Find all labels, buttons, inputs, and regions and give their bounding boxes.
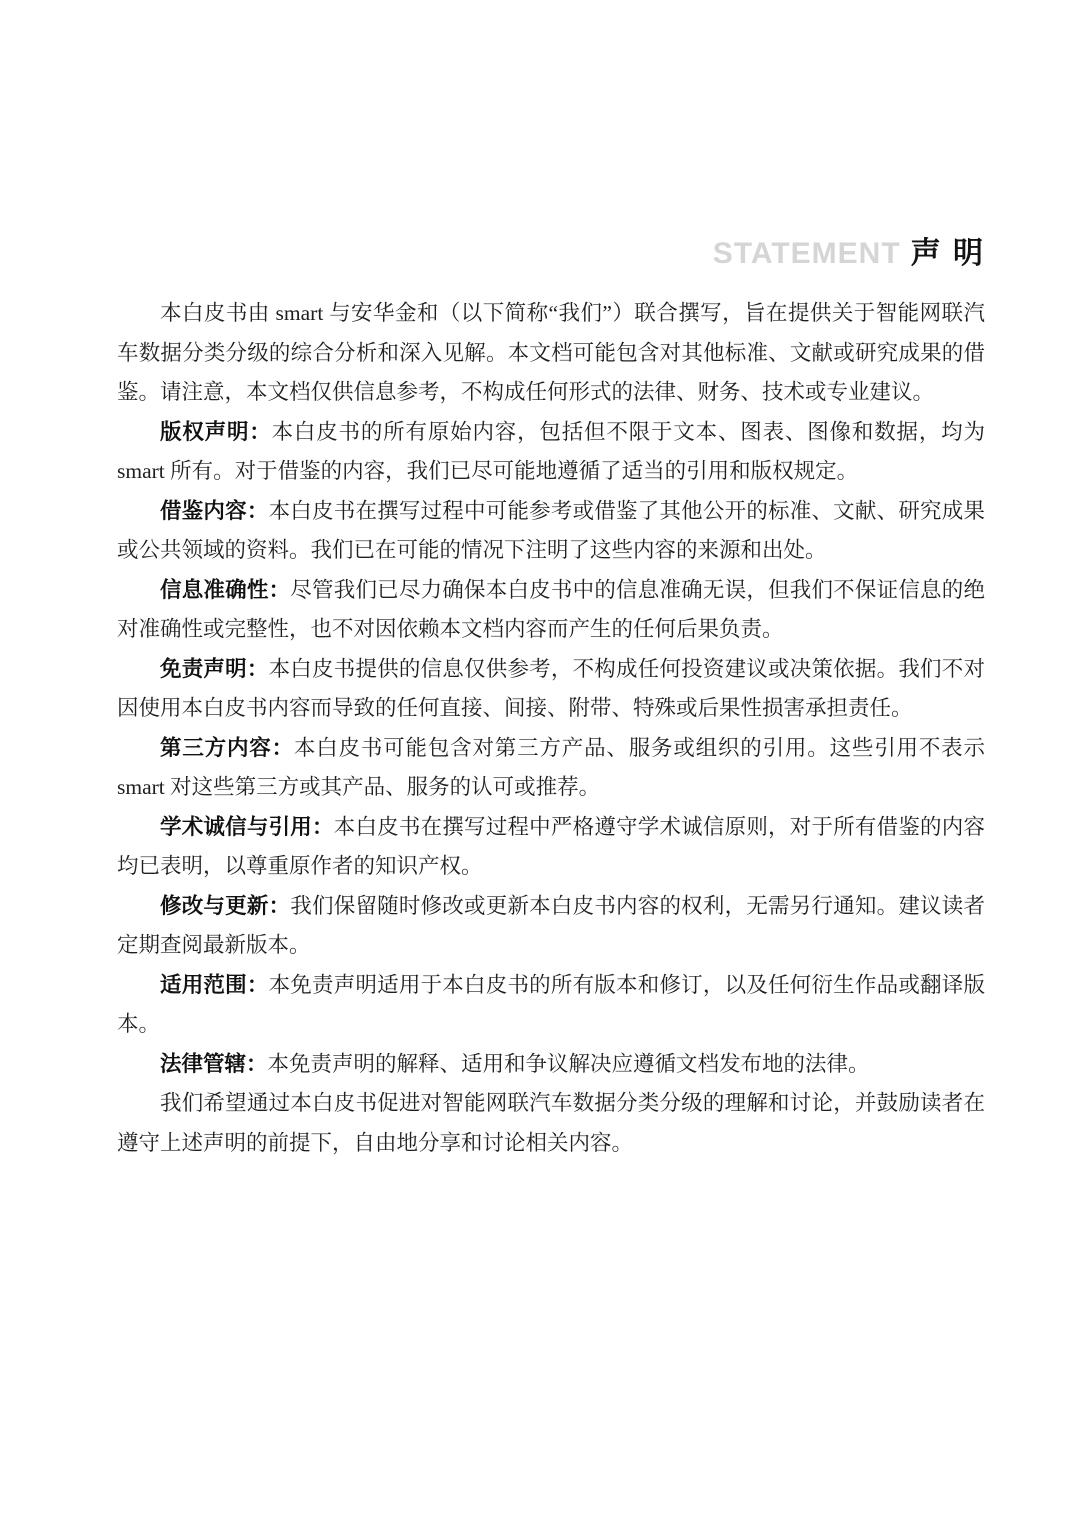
paragraph-label: 修改与更新： xyxy=(160,894,290,918)
paragraph-text: 本白皮书由 smart 与安华金和（以下简称“我们”）联合撰写，旨在提供关于智能… xyxy=(117,301,985,404)
page-title: STATEMENT声 明 xyxy=(117,236,985,272)
paragraph-copyright: 版权声明：本白皮书的所有原始内容，包括但不限于文本、图表、图像和数据，均为 sm… xyxy=(117,413,985,492)
paragraph-academic-integrity: 学术诚信与引用：本白皮书在撰写过程中严格遵守学术诚信原则，对于所有借鉴的内容均已… xyxy=(117,808,985,887)
paragraph-label: 第三方内容： xyxy=(160,736,294,760)
paragraph-closing: 我们希望通过本白皮书促进对智能网联汽车数据分类分级的理解和讨论，并鼓励读者在遵守… xyxy=(117,1084,985,1163)
page-title-zh: 声 明 xyxy=(911,237,985,270)
paragraph-label: 免责声明： xyxy=(160,657,269,681)
paragraph-text: 我们希望通过本白皮书促进对智能网联汽车数据分类分级的理解和讨论，并鼓励读者在遵守… xyxy=(117,1091,985,1155)
paragraph-label: 借鉴内容： xyxy=(160,499,269,523)
paragraph-label: 适用范围： xyxy=(160,973,269,997)
statement-page: STATEMENT声 明 本白皮书由 smart 与安华金和（以下简称“我们”）… xyxy=(0,0,1080,1527)
paragraph-label: 法律管辖： xyxy=(160,1052,268,1076)
statement-body: 本白皮书由 smart 与安华金和（以下简称“我们”）联合撰写，旨在提供关于智能… xyxy=(117,294,985,1163)
paragraph-label: 信息准确性： xyxy=(160,578,290,602)
paragraph-label: 学术诚信与引用： xyxy=(160,815,334,839)
paragraph-text: 本免责声明的解释、适用和争议解决应遵循文档发布地的法律。 xyxy=(268,1052,870,1076)
page-title-en: STATEMENT xyxy=(713,237,901,270)
paragraph-third-party: 第三方内容：本白皮书可能包含对第三方产品、服务或组织的引用。这些引用不表示 sm… xyxy=(117,729,985,808)
paragraph-disclaimer: 免责声明：本白皮书提供的信息仅供参考，不构成任何投资建议或决策依据。我们不对因使… xyxy=(117,650,985,729)
paragraph-jurisdiction: 法律管辖：本免责声明的解释、适用和争议解决应遵循文档发布地的法律。 xyxy=(117,1045,985,1085)
paragraph-intro: 本白皮书由 smart 与安华金和（以下简称“我们”）联合撰写，旨在提供关于智能… xyxy=(117,294,985,413)
paragraph-scope: 适用范围：本免责声明适用于本白皮书的所有版本和修订，以及任何衍生作品或翻译版本。 xyxy=(117,966,985,1045)
paragraph-label: 版权声明： xyxy=(160,420,272,444)
paragraph-accuracy: 信息准确性：尽管我们已尽力确保本白皮书中的信息准确无误，但我们不保证信息的绝对准… xyxy=(117,571,985,650)
paragraph-referenced-content: 借鉴内容：本白皮书在撰写过程中可能参考或借鉴了其他公开的标准、文献、研究成果或公… xyxy=(117,492,985,571)
paragraph-updates: 修改与更新：我们保留随时修改或更新本白皮书内容的权利，无需另行通知。建议读者定期… xyxy=(117,887,985,966)
